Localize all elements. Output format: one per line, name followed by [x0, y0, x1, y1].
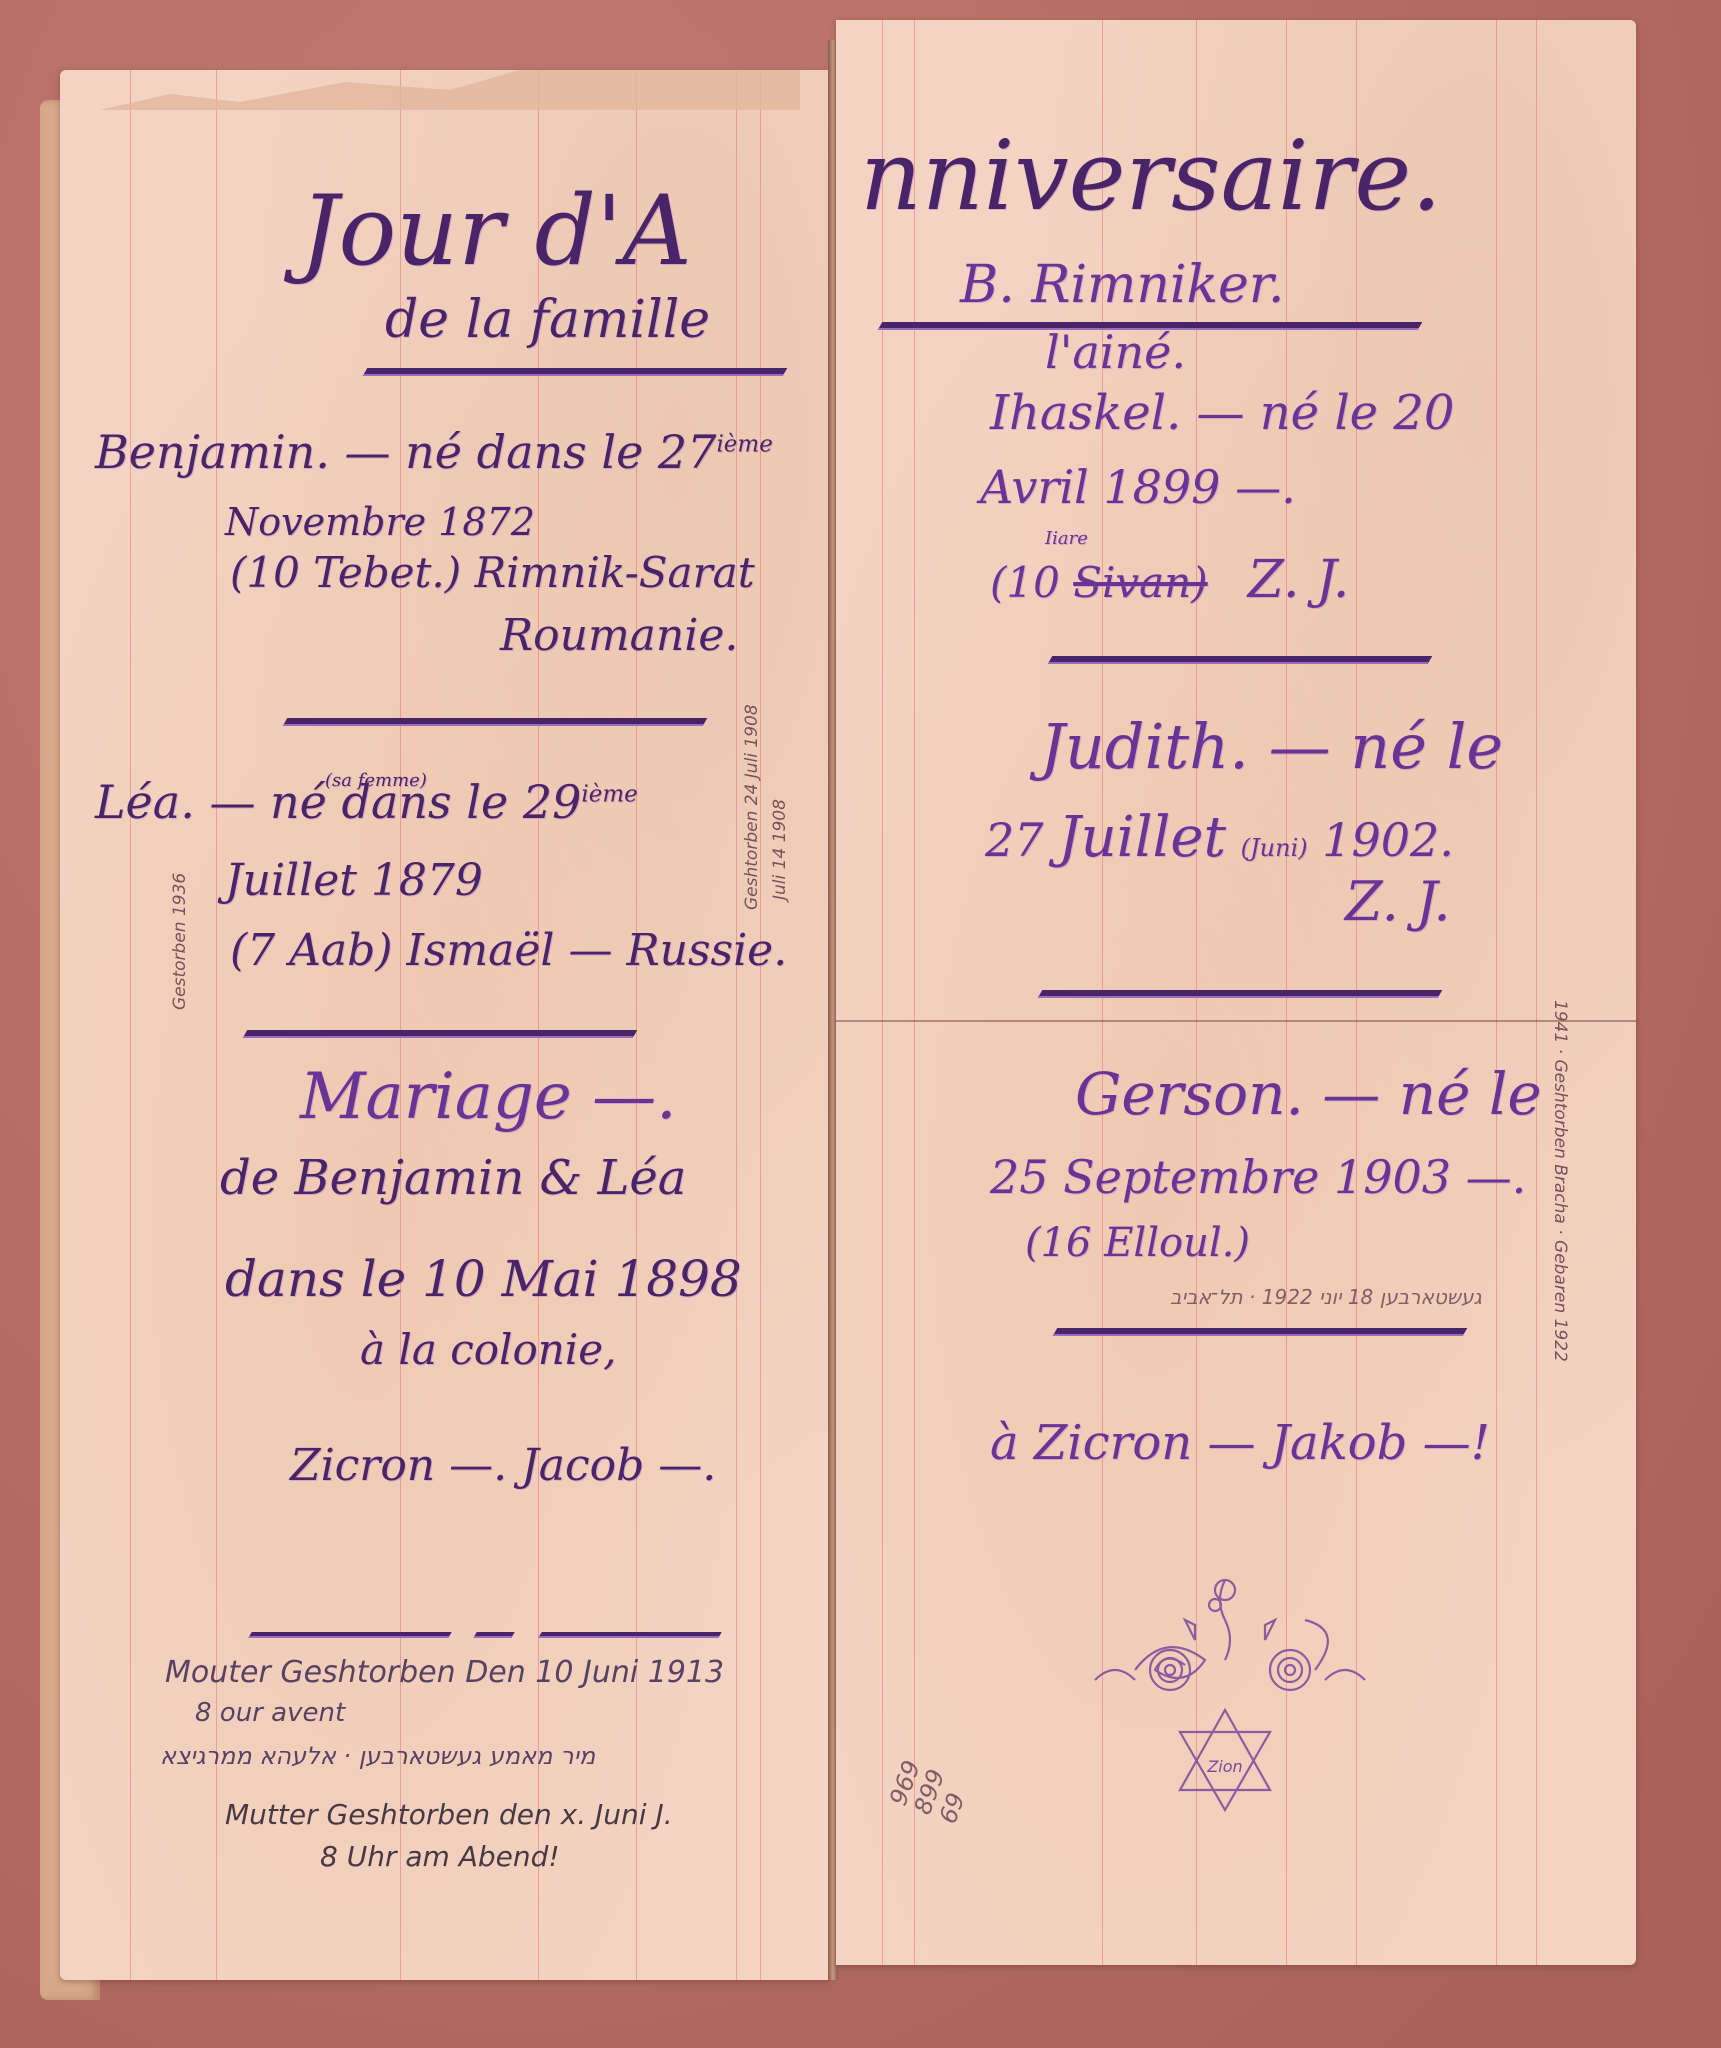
divider [243, 1030, 638, 1038]
ruling-line [1536, 20, 1537, 1965]
benjamin-line4: Roumanie. [500, 610, 738, 661]
ruling-line [636, 70, 637, 1980]
divider [283, 718, 708, 726]
gerson-line2: 25 Septembre 1903 —. [990, 1150, 1526, 1204]
ruling-line [216, 70, 217, 1980]
title-right: nniversaire. [860, 120, 1442, 232]
ruling-line [736, 70, 737, 1980]
death-note-1-line2: 8 our avent [195, 1698, 345, 1728]
ruling-line [538, 70, 539, 1980]
margin-note-right-1: Geshtorben 24 Juli 1908 [742, 704, 762, 910]
gerson-line1: Gerson. — né le [1075, 1060, 1542, 1128]
star-of-david-floral-stamp-icon: Zion [1075, 1560, 1375, 1820]
closing-place: à Zicron — Jakob —! [990, 1415, 1490, 1471]
benjamin-line2: Novembre 1872 [225, 500, 535, 544]
gerson-line3: (16 Elloul.) [1025, 1220, 1250, 1266]
stamp-label: Zion [1206, 1757, 1242, 1776]
subtitle-family: de la famille [385, 290, 710, 350]
judith-line1: Judith. — né le [1040, 710, 1503, 783]
ruling-line [882, 20, 883, 1965]
marriage-line3: à la colonie, [360, 1325, 616, 1374]
judith-line3: Z. J. [1345, 870, 1451, 933]
ihaskel-correction: Iiare [1045, 528, 1088, 549]
benjamin-line3: (10 Tebet.) Rimnik-Sarat [230, 548, 755, 597]
divider [248, 1632, 451, 1638]
judith-line2: 27 Juillet (Juni) 1902. [985, 805, 1454, 870]
subtitle-surname: B. Rimniker. [960, 255, 1284, 315]
margin-note-right-2: Juli 14 1908 [770, 799, 790, 900]
death-note-2-line2: 8 Uhr am Abend! [320, 1840, 560, 1873]
marriage-line4: Zicron —. Jacob —. [290, 1440, 716, 1491]
heading-eldest: l'ainé. [1045, 325, 1186, 379]
ihaskel-line3: (10 Sivan) Z. J. [990, 550, 1349, 610]
ihaskel-line1: Ihaskel. — né le 20 [990, 385, 1454, 441]
ruling-line [1496, 20, 1497, 1965]
divider [1048, 656, 1433, 664]
ruling-line [760, 70, 761, 1980]
death-note-1-line1: Mouter Geshtorben Den 10 Juni 1913 [165, 1655, 724, 1690]
ruling-line [130, 70, 131, 1980]
divider [363, 368, 788, 376]
lea-line1: Léa. — né dans le 29ième [95, 775, 638, 829]
gerson-pencil-note: געשטארבען 18 יוני 1922 · תל־אביב [1170, 1285, 1482, 1309]
ihaskel-line2: Avril 1899 —. [980, 460, 1296, 514]
divider [1053, 1328, 1468, 1336]
marriage-line2: dans le 10 Mai 1898 [225, 1250, 742, 1308]
margin-note-vertical: 1941 · Geshtorben Bracha · Gebaren 1922 [1550, 1000, 1570, 1362]
ruling-line [914, 20, 915, 1965]
death-note-hebrew: מיר מאמע געשטארבען · אלעהא ממרגיצא [160, 1742, 595, 1770]
divider [538, 1632, 721, 1638]
benjamin-line1: Benjamin. — né dans le 27ième [95, 425, 773, 479]
page-crease [836, 1020, 1636, 1022]
divider [473, 1632, 514, 1638]
ruling-line [400, 70, 401, 1980]
death-note-2-line1: Mutter Geshtorben den x. Juni J. [225, 1798, 673, 1831]
lea-line2: Juillet 1879 [225, 855, 483, 906]
title-left: Jour d'A [300, 175, 692, 287]
marriage-line1: de Benjamin & Léa [220, 1150, 686, 1206]
marriage-heading: Mariage —. [300, 1060, 676, 1134]
torn-edge [100, 70, 800, 110]
divider [1038, 990, 1443, 998]
left-page [60, 70, 830, 1980]
lea-line3: (7 Aab) Ismaël — Russie. [230, 925, 787, 976]
margin-note-left: Gestorben 1936 [170, 873, 190, 1010]
